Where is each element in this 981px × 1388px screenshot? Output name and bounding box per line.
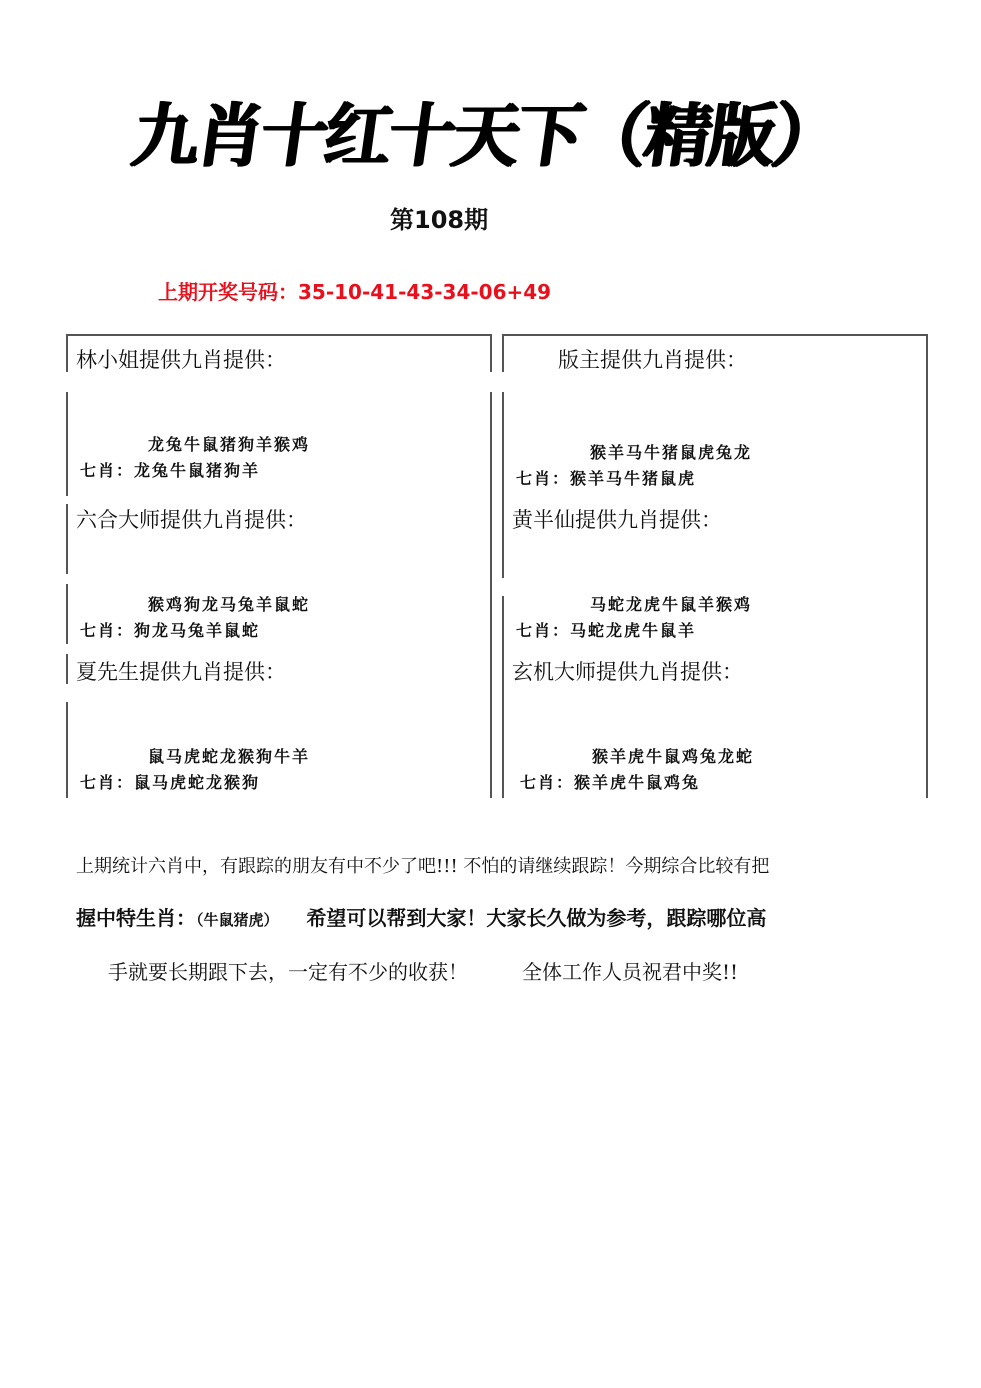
seven-zodiac-value: 猴羊虎牛鼠鸡兔 <box>574 773 700 792</box>
seven-zodiac-value: 龙兔牛鼠猪狗羊 <box>134 461 260 480</box>
prediction-card: 玄机大师提供九肖提供： 猴羊虎牛鼠鸡兔龙蛇 七肖：猴羊虎牛鼠鸡兔 <box>502 646 928 801</box>
last-draw-result: 上期开奖号码：35-10-41-43-34-06+49 <box>158 276 551 305</box>
divider <box>490 392 492 798</box>
seven-zodiac-value: 狗龙马兔羊鼠蛇 <box>134 621 260 640</box>
seven-label: 七肖： <box>520 773 574 792</box>
footer-line-2-suffix: 希望可以帮到大家！大家长久做为参考，跟踪哪位高 <box>306 906 766 930</box>
footer-line-1: 上期统计六肖中，有跟踪的朋友有中不少了吧!!! 不怕的请继续跟踪！今期综合比较有… <box>76 852 769 878</box>
prediction-card: 六合大师提供九肖提供： 猴鸡狗龙马兔羊鼠蛇 七肖：狗龙马兔羊鼠蛇 <box>66 494 490 649</box>
nine-zodiac: 猴羊虎牛鼠鸡兔龙蛇 <box>592 744 754 767</box>
card-title: 玄机大师提供九肖提供： <box>512 656 743 686</box>
nine-zodiac: 鼠马虎蛇龙猴狗牛羊 <box>148 744 310 767</box>
banner-title: 九肖十红十天下（精版） <box>129 80 821 164</box>
card-title: 版主提供九肖提供： <box>558 344 747 374</box>
seven-label: 七肖： <box>516 469 570 488</box>
predictions-grid: 林小姐提供九肖提供： 龙兔牛鼠猪狗羊猴鸡 七肖：龙兔牛鼠猪狗羊 六合大师提供九肖… <box>66 334 928 798</box>
last-draw-numbers: 35-10-41-43-34-06+49 <box>298 280 551 304</box>
seven-zodiac: 七肖：鼠马虎蛇龙猴狗 <box>80 770 260 793</box>
seven-zodiac-value: 鼠马虎蛇龙猴狗 <box>134 773 260 792</box>
card-title: 黄半仙提供九肖提供： <box>512 504 722 534</box>
card-title: 六合大师提供九肖提供： <box>76 504 307 534</box>
prediction-card: 黄半仙提供九肖提供： 马蛇龙虎牛鼠羊猴鸡 七肖：马蛇龙虎牛鼠羊 <box>502 494 928 649</box>
predictions-column-left: 林小姐提供九肖提供： 龙兔牛鼠猪狗羊猴鸡 七肖：龙兔牛鼠猪狗羊 六合大师提供九肖… <box>66 334 490 798</box>
nine-zodiac: 猴鸡狗龙马兔羊鼠蛇 <box>148 592 310 615</box>
seven-label: 七肖： <box>80 461 134 480</box>
footer-line-2: 握中特生肖：（牛鼠猪虎） 希望可以帮到大家！大家长久做为参考，跟踪哪位高 <box>76 902 766 931</box>
seven-zodiac: 七肖：猴羊虎牛鼠鸡兔 <box>520 770 700 793</box>
footer-line-3: 手就要长期跟下去，一定有不少的收获！全体工作人员祝君中奖!! <box>108 956 738 985</box>
seven-zodiac: 七肖：猴羊马牛猪鼠虎 <box>516 466 696 489</box>
special-zodiac: （牛鼠猪虎） <box>196 911 279 929</box>
card-title: 夏先生提供九肖提供： <box>76 656 286 686</box>
seven-zodiac: 七肖：狗龙马兔羊鼠蛇 <box>80 618 260 641</box>
seven-zodiac-value: 猴羊马牛猪鼠虎 <box>570 469 696 488</box>
footer-line-3-a: 手就要长期跟下去，一定有不少的收获！ <box>108 960 468 984</box>
last-draw-label: 上期开奖号码： <box>158 280 298 304</box>
nine-zodiac: 马蛇龙虎牛鼠羊猴鸡 <box>590 592 752 615</box>
seven-label: 七肖： <box>516 621 570 640</box>
seven-zodiac: 七肖：龙兔牛鼠猪狗羊 <box>80 458 260 481</box>
prediction-card: 夏先生提供九肖提供： 鼠马虎蛇龙猴狗牛羊 七肖：鼠马虎蛇龙猴狗 <box>66 646 490 801</box>
seven-label: 七肖： <box>80 773 134 792</box>
seven-zodiac: 七肖：马蛇龙虎牛鼠羊 <box>516 618 696 641</box>
seven-zodiac-value: 马蛇龙虎牛鼠羊 <box>570 621 696 640</box>
seven-label: 七肖： <box>80 621 134 640</box>
footer-line-3-b: 全体工作人员祝君中奖!! <box>522 960 738 984</box>
prediction-card: 林小姐提供九肖提供： 龙兔牛鼠猪狗羊猴鸡 七肖：龙兔牛鼠猪狗羊 <box>66 334 490 489</box>
issue-number: 第108期 <box>390 200 488 235</box>
predictions-column-right: 版主提供九肖提供： 猴羊马牛猪鼠虎兔龙 七肖：猴羊马牛猪鼠虎 黄半仙提供九肖提供… <box>502 334 928 798</box>
card-title: 林小姐提供九肖提供： <box>76 344 286 374</box>
nine-zodiac: 猴羊马牛猪鼠虎兔龙 <box>590 440 752 463</box>
divider <box>490 334 492 372</box>
footer-line-2-prefix: 握中特生肖： <box>76 906 196 930</box>
prediction-card: 版主提供九肖提供： 猴羊马牛猪鼠虎兔龙 七肖：猴羊马牛猪鼠虎 <box>502 334 928 489</box>
nine-zodiac: 龙兔牛鼠猪狗羊猴鸡 <box>148 432 310 455</box>
